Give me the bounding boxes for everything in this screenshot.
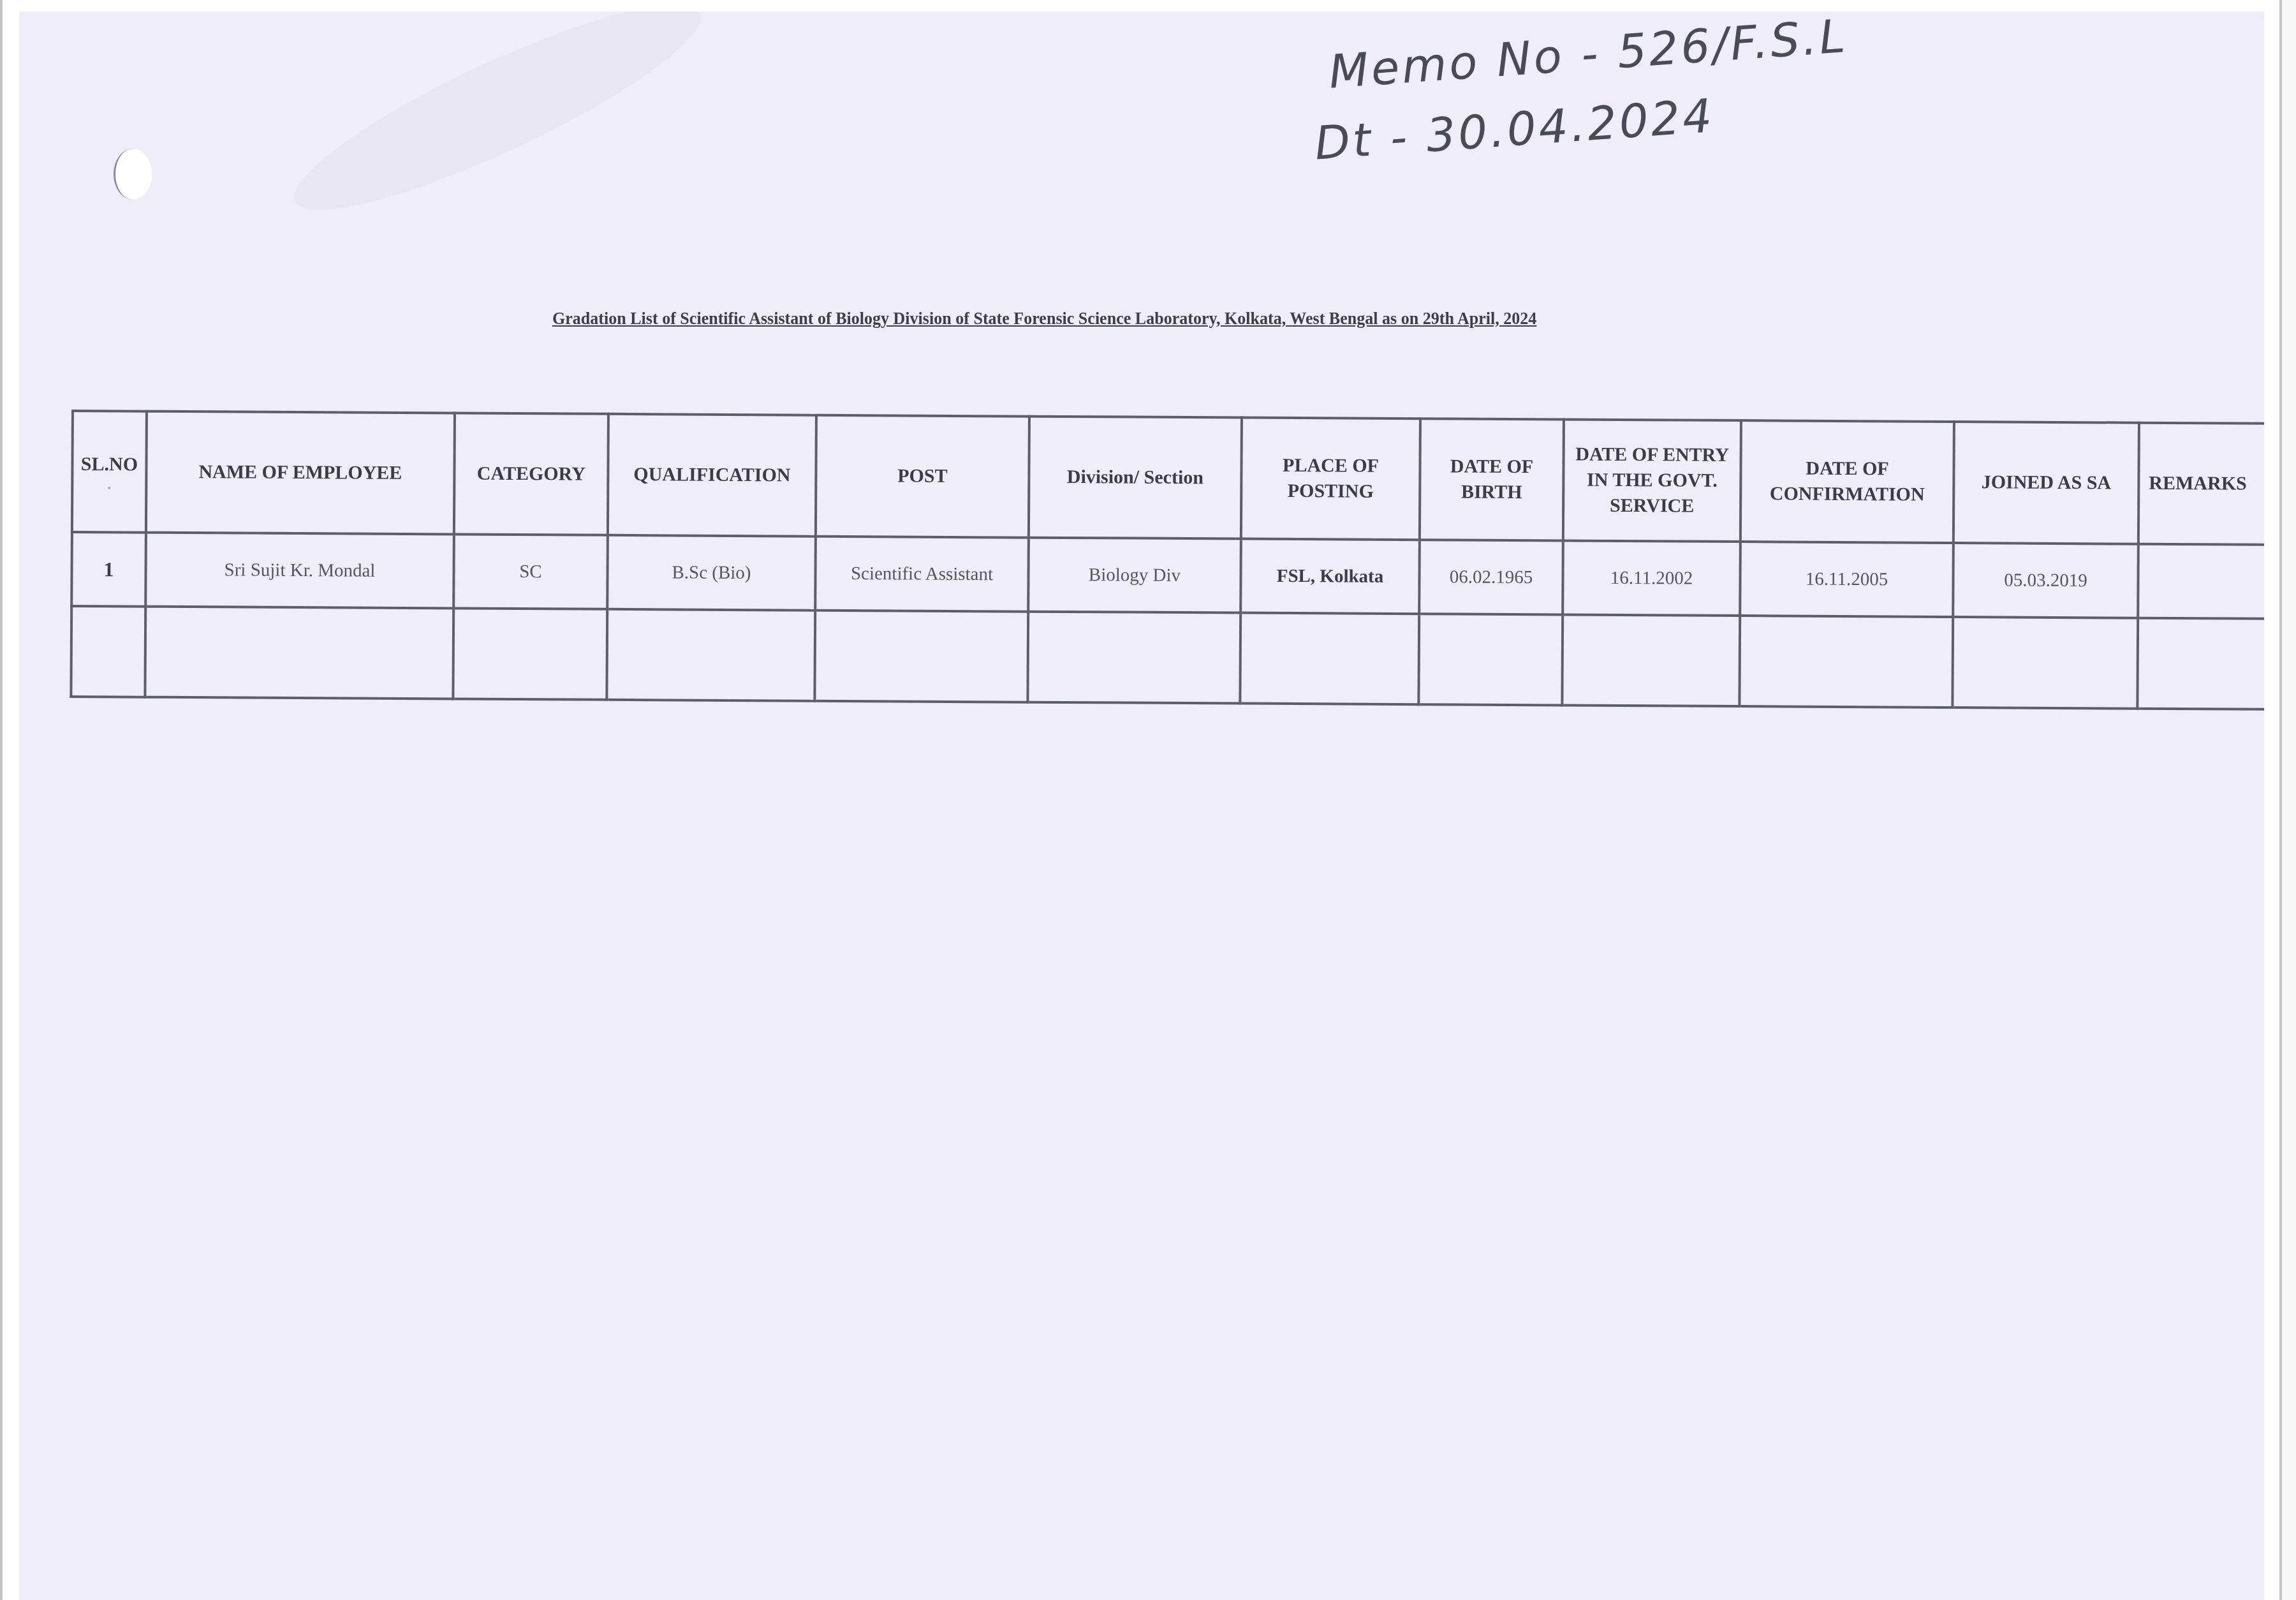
table-header-row: SL.NO . NAME OF EMPLOYEE CATEGORY QUALIF… [72,411,2264,545]
cell-name: Sri Sujit Kr. Mondal [145,533,454,609]
header-date-of-entry: DATE OF ENTRY IN THE GOVT. SERVICE [1563,419,1741,542]
cell-qualification: B.Sc (Bio) [607,535,816,611]
header-division: Division/ Section [1029,417,1242,539]
header-name: NAME OF EMPLOYEE [146,411,455,535]
gradation-table-container: SL.NO . NAME OF EMPLOYEE CATEGORY QUALIF… [70,410,2264,711]
viewer-right-border [2279,0,2282,1600]
empty-cell [814,611,1028,702]
header-category: CATEGORY [454,413,608,535]
cell-division: Biology Div [1028,538,1241,613]
empty-cell [1418,614,1563,705]
empty-cell [1562,614,1740,706]
header-sl-no-label: SL.NO [81,454,138,475]
empty-cell [453,608,607,699]
header-place-of-posting: PLACE OF POSTING [1241,418,1420,540]
empty-cell [145,607,453,699]
gradation-table: SL.NO . NAME OF EMPLOYEE CATEGORY QUALIF… [70,410,2264,711]
empty-cell [1240,613,1419,705]
scan-smudge [276,11,719,242]
cell-place-of-posting: FSL, Kolkata [1240,539,1420,614]
header-qualification: QUALIFICATION [608,414,816,537]
header-sl-no: SL.NO . [72,411,147,533]
empty-cell [607,609,815,701]
table-row-empty [71,606,2264,709]
header-date-of-confirmation: DATE OF CONFIRMATION [1740,420,1954,543]
cell-remarks [2138,544,2264,619]
empty-cell [1952,617,2138,709]
cell-category: SC [453,534,608,609]
header-remarks: REMARKS [2138,423,2264,545]
handwritten-memo: Memo No - 526/F.S.L Dt - 30.04.2024 [1327,11,1855,177]
table-row: 1 Sri Sujit Kr. Mondal SC B.Sc (Bio) Sci… [71,532,2264,619]
cell-date-of-entry: 16.11.2002 [1563,540,1740,616]
header-joined-as-sa: JOINED AS SA [1954,422,2139,544]
cell-date-of-confirmation: 16.11.2005 [1740,542,1954,617]
cell-joined-as-sa: 05.03.2019 [1953,543,2138,618]
scanned-page: Memo No - 526/F.S.L Dt - 30.04.2024 Grad… [19,11,2264,1600]
header-sl-no-dot: . [76,477,142,492]
document-title: Gradation List of Scientific Assistant o… [552,309,1733,329]
punch-hole-mark [114,149,152,200]
header-date-of-birth: DATE OF BIRTH [1420,419,1564,540]
cell-date-of-birth: 06.02.1965 [1419,540,1563,614]
header-post: POST [816,415,1029,538]
cell-sl-no: 1 [71,532,146,607]
cell-post: Scientific Assistant [815,537,1029,612]
empty-cell [1027,612,1240,704]
empty-cell [71,606,145,697]
empty-cell [1739,616,1953,707]
empty-cell [2137,618,2264,709]
